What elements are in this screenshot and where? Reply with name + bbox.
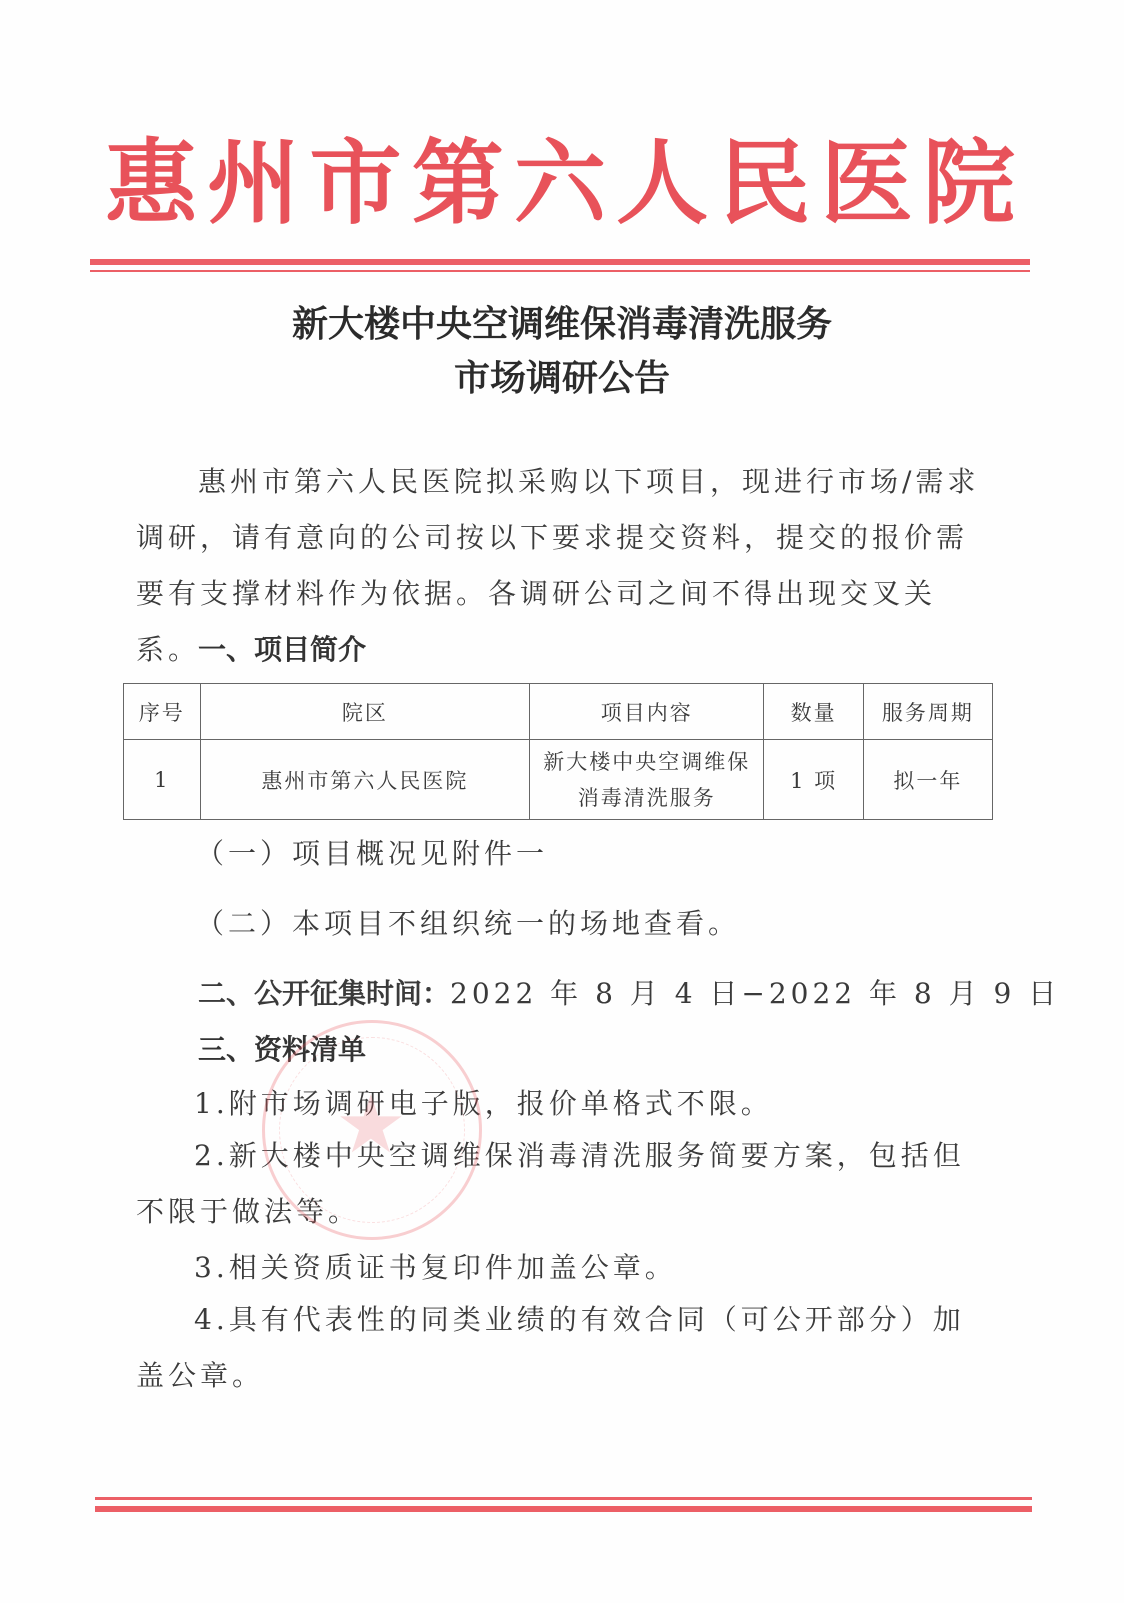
masthead-char: 市 bbox=[309, 137, 401, 229]
col-header-no: 序号 bbox=[124, 684, 201, 740]
header-rule-thin bbox=[90, 270, 1030, 272]
masthead-char: 医 bbox=[821, 137, 913, 229]
official-seal-stamp: ★ bbox=[262, 1020, 482, 1240]
cell-period: 拟一年 bbox=[863, 740, 992, 820]
section2-line: 二、公开征集时间：2022 年 8 月 4 日−2022 年 8 月 9 日 bbox=[198, 972, 1060, 1012]
masthead-org-name: 惠 州 市 第 六 人 民 医 院 bbox=[105, 128, 1015, 238]
cell-campus: 惠州市第六人民医院 bbox=[200, 740, 530, 820]
footer-rule-thick bbox=[95, 1506, 1032, 1512]
list-item: 4.具有代表性的同类业绩的有效合同（可公开部分）加盖公章。 bbox=[136, 1292, 986, 1404]
masthead-char: 院 bbox=[923, 137, 1015, 229]
document-title-line1: 新大楼中央空调维保消毒清洗服务 bbox=[0, 296, 1124, 347]
table-row: 1 惠州市第六人民医院 新大楼中央空调维保 消毒清洗服务 1 项 拟一年 bbox=[124, 740, 993, 820]
cell-quantity: 1 项 bbox=[764, 740, 863, 820]
document-title-line2: 市场调研公告 bbox=[0, 350, 1124, 401]
col-header-content: 项目内容 bbox=[530, 684, 764, 740]
masthead-char: 惠 bbox=[105, 137, 197, 229]
masthead-char: 第 bbox=[412, 137, 504, 229]
section1-heading: 一、项目简介 bbox=[198, 628, 366, 668]
masthead-char: 人 bbox=[616, 137, 708, 229]
document-page: 惠 州 市 第 六 人 民 医 院 新大楼中央空调维保消毒清洗服务 市场调研公告… bbox=[0, 0, 1124, 1603]
note-no-site-visit: （二）本项目不组织统一的场地查看。 bbox=[196, 902, 740, 942]
collection-period-value: 2022 年 8 月 4 日−2022 年 8 月 9 日 bbox=[450, 977, 1060, 1010]
col-header-period: 服务周期 bbox=[863, 684, 992, 740]
star-icon: ★ bbox=[335, 1085, 407, 1165]
footer-rule-thin bbox=[95, 1497, 1032, 1500]
table-header-row: 序号 院区 项目内容 数量 服务周期 bbox=[124, 684, 993, 740]
cell-content: 新大楼中央空调维保 消毒清洗服务 bbox=[530, 740, 764, 820]
note-project-overview: （一）项目概况见附件一 bbox=[196, 832, 548, 872]
masthead-char: 六 bbox=[514, 137, 606, 229]
list-item: 3.相关资质证书复印件加盖公章。 bbox=[194, 1246, 677, 1286]
cell-no: 1 bbox=[124, 740, 201, 820]
section2-heading: 二、公开征集时间： bbox=[198, 977, 450, 1010]
cell-content-line1: 新大楼中央空调维保 bbox=[530, 744, 763, 780]
header-rule-thick bbox=[90, 259, 1030, 265]
col-header-campus: 院区 bbox=[200, 684, 530, 740]
masthead-char: 州 bbox=[207, 137, 299, 229]
cell-content-line2: 消毒清洗服务 bbox=[530, 780, 763, 816]
project-table: 序号 院区 项目内容 数量 服务周期 1 惠州市第六人民医院 新大楼中央空调维保… bbox=[123, 683, 993, 820]
masthead-char: 民 bbox=[718, 137, 810, 229]
col-header-quantity: 数量 bbox=[764, 684, 863, 740]
